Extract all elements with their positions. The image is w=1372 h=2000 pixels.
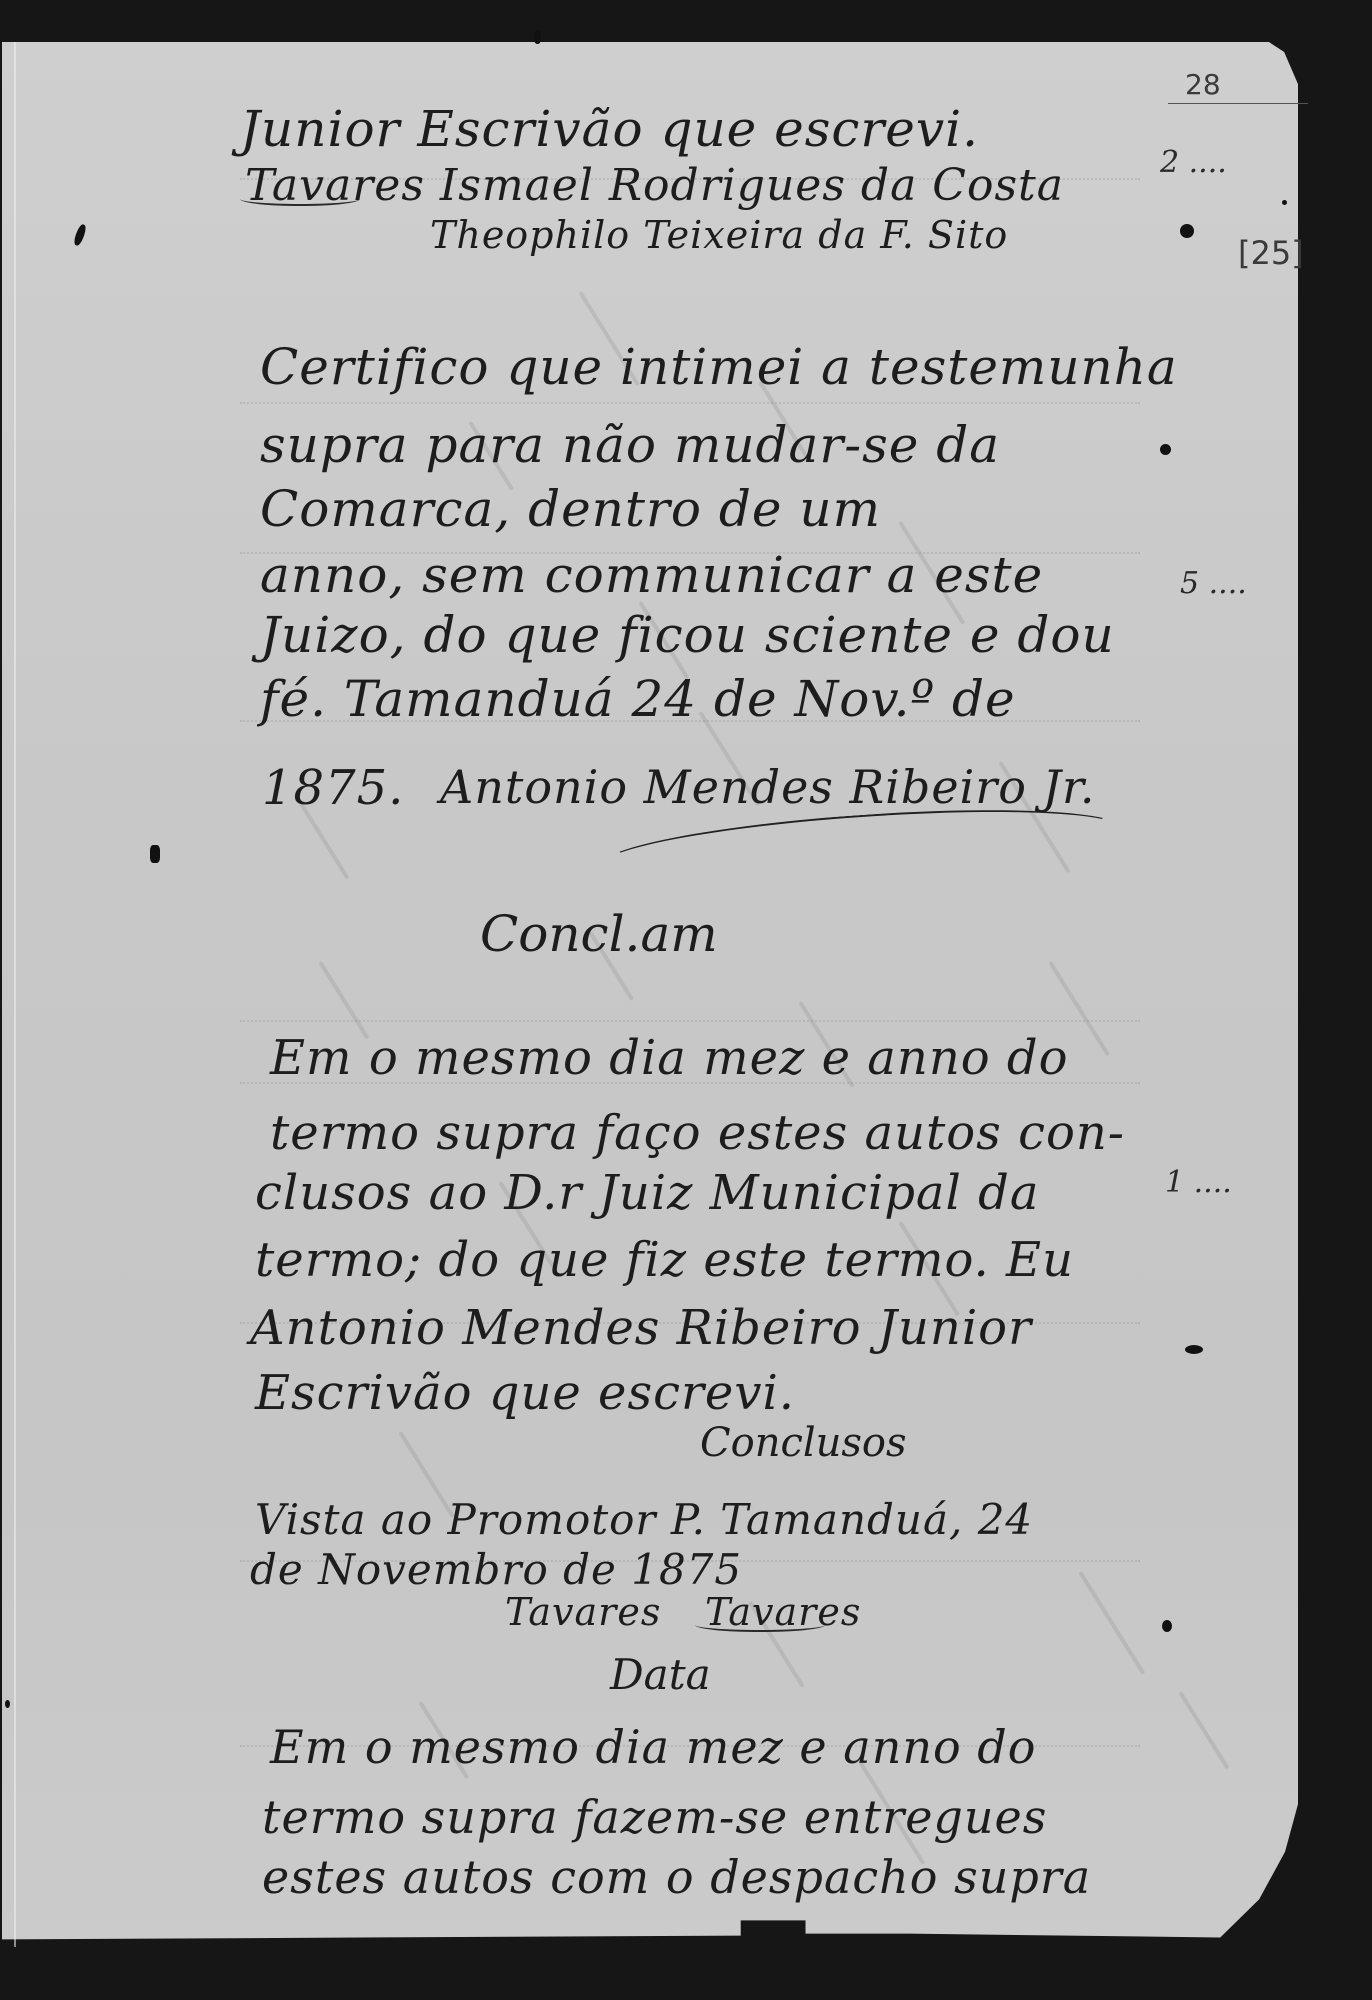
data-line: estes autos com o despacho supra (262, 1850, 1091, 1904)
data-line: termo supra fazem-se entregues (262, 1790, 1047, 1844)
certidao-line: anno, sem communicar a este (260, 546, 1043, 604)
folio-number: 28 (1185, 68, 1221, 101)
header-signatures: Tavares Ismael Rodrigues da Costa (245, 160, 1064, 211)
ink-blot (150, 845, 160, 863)
conclusao-line: Escrivão que escrevi. (255, 1365, 795, 1421)
certidao-year: 1875. (262, 760, 404, 816)
margin-fee-note: 5 .... (1180, 566, 1247, 601)
certidao-line: Comarca, dentro de um (260, 480, 881, 538)
ink-dot (1185, 1345, 1203, 1354)
page-fold-line (14, 42, 16, 1947)
ink-blot (534, 30, 541, 44)
folio-number-bracketed: [25] (1238, 234, 1304, 272)
conclusao-line: Vista ao Promotor P. Tamanduá, 24 (255, 1495, 1033, 1544)
margin-fee-note: 2 .... (1160, 145, 1227, 180)
show-through-ruling (240, 402, 1140, 404)
conclusao-line: Em o mesmo dia mez e anno do (270, 1030, 1069, 1086)
show-through-ruling (240, 1020, 1140, 1022)
ink-dot (1160, 444, 1171, 455)
certidao-line: fé. Tamanduá 24 de Nov.º de (260, 670, 1016, 728)
section-heading: Conclusos (700, 1420, 907, 1466)
conclusao-line: termo supra faço estes autos con- (270, 1105, 1125, 1161)
data-line: Em o mesmo dia mez e anno do (270, 1720, 1036, 1774)
conclusao-line: termo; do que fiz este termo. Eu (255, 1232, 1074, 1288)
certidao-line: supra para não mudar-se da (260, 416, 1000, 474)
folio-rule (1168, 103, 1308, 104)
header-signature: Theophilo Teixeira da F. Sito (430, 213, 1008, 257)
header-line: Junior Escrivão que escrevi. (240, 100, 979, 158)
section-heading: Data (610, 1650, 711, 1699)
ink-dot (1162, 1620, 1172, 1632)
signature-swash (240, 192, 360, 206)
margin-fee-note: 1 .... (1165, 1165, 1232, 1200)
ink-dot (1180, 224, 1194, 238)
certidao-signature: Antonio Mendes Ribeiro Jr. (440, 760, 1096, 814)
certidao-line: Certifico que intimei a testemunha (260, 338, 1178, 396)
section-heading: Concl.am (480, 905, 718, 963)
ink-dot (1282, 200, 1287, 205)
signature-swash (695, 1618, 825, 1632)
conclusao-line: clusos ao D.r Juiz Municipal da (255, 1165, 1040, 1221)
conclusao-line: Antonio Mendes Ribeiro Junior (250, 1300, 1032, 1356)
ink-dot (5, 1700, 10, 1708)
conclusao-line: de Novembro de 1875 (250, 1545, 742, 1594)
judge-signature: Tavares (505, 1590, 661, 1634)
certidao-line: Juizo, do que ficou sciente e dou (260, 606, 1115, 664)
